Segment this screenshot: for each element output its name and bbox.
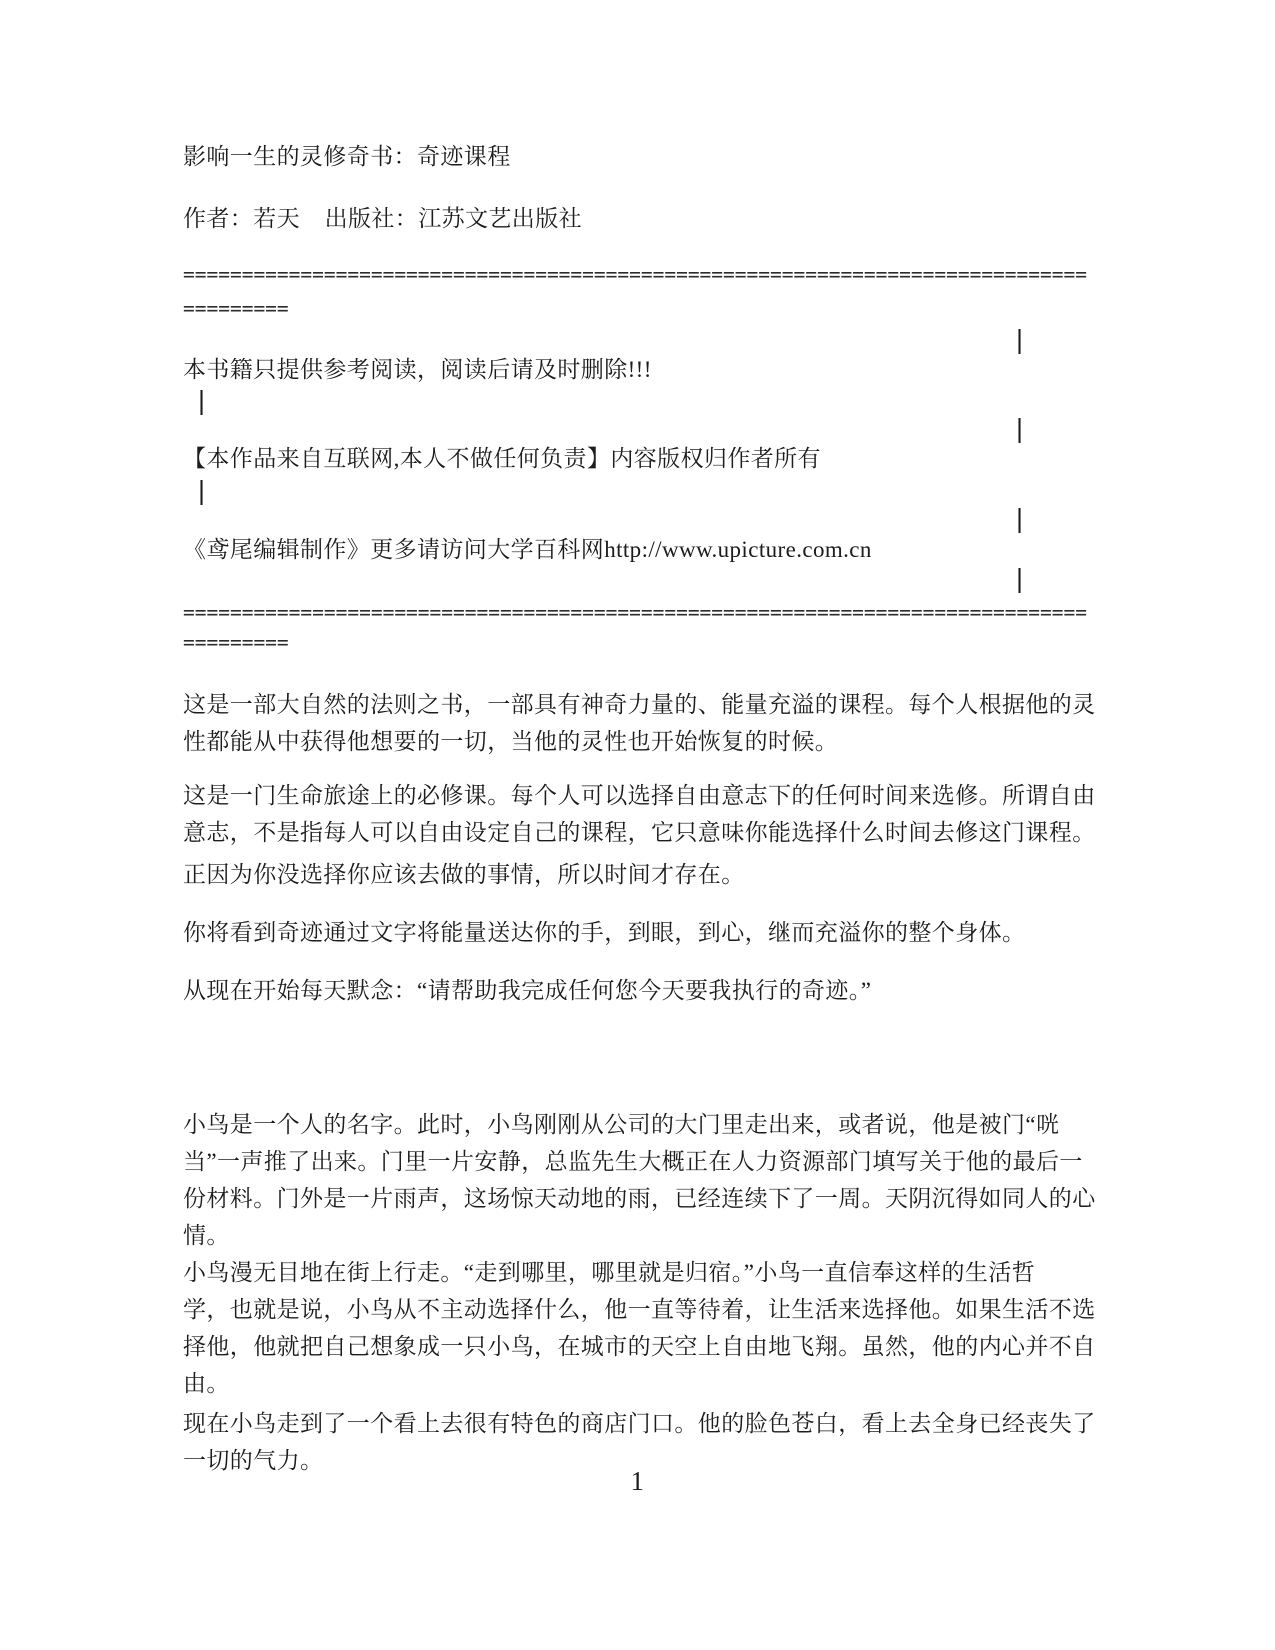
body-line: 这是一门生命旅途上的必修课。每个人可以选择自由意志下的任何时间来选修。所谓自由 [183, 783, 1096, 809]
body-line: 份材料。门外是一片雨声，这场惊天动地的雨，已经连续下了一周。天阴沉得如同人的心 [183, 1186, 1096, 1212]
book-title: 影响一生的灵修奇书：奇迹课程 [183, 144, 511, 170]
divider-line-top-wrap: ========= [183, 296, 289, 322]
document-page: 影响一生的灵修奇书：奇迹课程 作者：若天 出版社：江苏文艺出版社 =======… [0, 0, 1275, 1650]
body-line: 情。 [183, 1223, 230, 1249]
body-line: 意志，不是指每人可以自由设定自己的课程，它只意味你能选择什么时间去修这门课程。 [183, 820, 1096, 846]
page-number: 1 [0, 1468, 1275, 1494]
body-line: 性都能从中获得他想要的一切，当他的灵性也开始恢复的时候。 [183, 729, 838, 755]
divider-line-bottom-wrap: ========= [183, 630, 289, 656]
body-line: 择他，他就把自己想象成一只小鸟，在城市的天空上自由地飞翔。虽然，他的内心并不自 [183, 1334, 1096, 1360]
divider-line-top: ========================================… [183, 262, 1087, 288]
body-line: 这是一部大自然的法则之书，一部具有神奇力量的、能量充溢的课程。每个人根据他的灵 [183, 692, 1096, 718]
body-line: 由。 [183, 1371, 230, 1397]
notice-line-delete: 本书籍只提供参考阅读，阅读后请及时删除!!! [183, 357, 652, 383]
body-line: 学，也就是说，小鸟从不主动选择什么，他一直等待着，让生活来选择他。如果生活不选 [183, 1297, 1096, 1323]
body-line: 现在小鸟走到了一个看上去很有特色的商店门口。他的脸色苍白，看上去全身已经丧失了 [183, 1411, 1096, 1437]
divider-line-bottom: ========================================… [183, 600, 1087, 626]
body-line: 正因为你没选择你应该去做的事情，所以时间才存在。 [183, 862, 745, 888]
body-line: 小鸟是一个人的名字。此时，小鸟刚刚从公司的大门里走出来，或者说，他是被门“咣 [183, 1112, 1059, 1138]
pipe-char: | [1012, 566, 1027, 592]
body-line: 小鸟漫无目地在街上行走。“走到哪里，哪里就是归宿。”小鸟一直信奉这样的生活哲 [183, 1260, 1035, 1286]
pipe-char: | [1012, 327, 1027, 353]
pipe-char: | [194, 388, 209, 414]
notice-line-editor-url: 《鸢尾编辑制作》更多请访问大学百科网http://www.upicture.co… [183, 537, 872, 563]
body-line: 当”一声推了出来。门里一片安静，总监先生大概正在人力资源部门填写关于他的最后一 [183, 1149, 1083, 1175]
pipe-char: | [1012, 506, 1027, 532]
pipe-char: | [194, 478, 209, 504]
pipe-char: | [1012, 416, 1027, 442]
byline: 作者：若天 出版社：江苏文艺出版社 [183, 206, 582, 232]
body-line: 从现在开始每天默念：“请帮助我完成任何您今天要我执行的奇迹。” [183, 978, 871, 1004]
notice-line-copyright: 【本作品来自互联网,本人不做任何负责】内容版权归作者所有 [183, 446, 821, 472]
body-line: 你将看到奇迹通过文字将能量送达你的手，到眼，到心，继而充溢你的整个身体。 [183, 920, 1025, 946]
